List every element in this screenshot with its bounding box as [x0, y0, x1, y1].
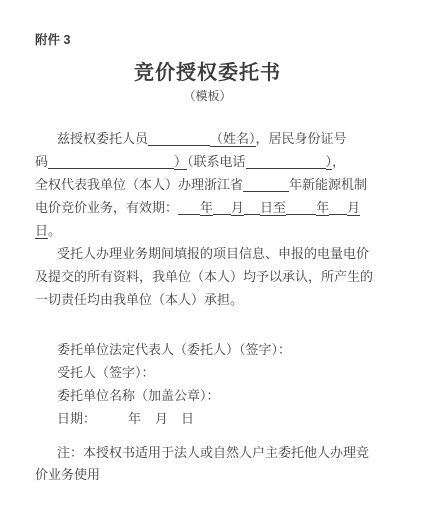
document-subtitle: （模板）	[35, 87, 380, 104]
text-segment: 注：本授权书适用于法人或自然人户主委托他人办理竞	[57, 445, 369, 460]
attachment-label: 附件 3	[35, 30, 70, 48]
text-segment: 年	[128, 411, 141, 426]
spacer	[168, 411, 181, 426]
text-segment: 委托单位法定代表人（委托人）（签字）：	[57, 342, 291, 357]
text-segment: 年	[200, 200, 213, 216]
text-segment: 受托人（签字）：	[57, 365, 155, 380]
text-line: 及提交的所有资料，我单位（本人）均予以承认，所产生的	[35, 265, 405, 288]
text-line: 受托人（签字）：	[57, 361, 397, 384]
text-segment: ）	[174, 154, 187, 170]
text-line: 电价竞价业务，有效期：年月日至年月	[35, 196, 405, 219]
text-segment: 受托人办理业务期间填报的项目信息、申报的电量电价	[57, 246, 369, 261]
text-segment: 年	[316, 200, 329, 216]
text-segment: 电价竞价业务，有效期：	[35, 200, 178, 215]
blank-fill-line	[178, 199, 200, 215]
text-segment: 一切责任均由我单位（本人）承担。	[35, 292, 243, 307]
text-segment: ，	[332, 154, 345, 169]
text-line: 价业务使用	[35, 464, 405, 486]
text-segment: 日	[181, 411, 194, 426]
text-segment: 及提交的所有资料，我单位（本人）均予以承认，所产生的	[35, 269, 373, 284]
text-segment: ，居民身份证号	[256, 131, 347, 146]
text-segment: 日至	[260, 200, 286, 216]
text-line: 全权代表我单位（本人）办理浙江省年新能源机制	[35, 173, 405, 196]
blank-fill-line	[148, 130, 210, 146]
text-segment: 委托单位名称（加盖公章）：	[57, 388, 220, 403]
text-segment: 年新能源机制	[289, 177, 367, 192]
text-segment: （姓名）	[210, 131, 256, 147]
authorization-document-page: 附件 3 竞价授权委托书 （模板） 兹授权委托人员（姓名），居民身份证号码）（联…	[0, 0, 439, 525]
text-line: 兹授权委托人员（姓名），居民身份证号	[35, 127, 405, 150]
text-segment: 月	[347, 200, 360, 216]
text-line: 委托单位名称（加盖公章）：	[57, 384, 397, 407]
text-segment: 。	[48, 223, 61, 238]
text-segment: 月	[231, 200, 244, 216]
blank-fill-line	[286, 199, 316, 215]
blank-fill-line	[246, 153, 326, 169]
text-line: 码）（联系电话），	[35, 150, 405, 173]
text-line: 日。	[35, 219, 405, 242]
blank-fill-line	[48, 153, 174, 169]
blank-fill-line	[243, 176, 289, 192]
spacer	[141, 411, 155, 426]
text-line: 注：本授权书适用于法人或自然人户主委托他人办理竞	[35, 442, 405, 464]
note-block: 注：本授权书适用于法人或自然人户主委托他人办理竞价业务使用	[35, 442, 405, 486]
text-line: 受托人办理业务期间填报的项目信息、申报的电量电价	[35, 242, 405, 265]
signature-block: 委托单位法定代表人（委托人）（签字）：受托人（签字）：委托单位名称（加盖公章）：…	[57, 338, 397, 430]
text-line: 日期：年月日	[57, 407, 397, 430]
blank-fill-line	[213, 199, 231, 215]
text-segment: （联系电话	[187, 154, 246, 169]
body-paragraphs: 兹授权委托人员（姓名），居民身份证号码）（联系电话），全权代表我单位（本人）办理…	[35, 127, 405, 311]
document-title: 竞价授权委托书	[35, 56, 380, 85]
text-segment: 兹授权委托人员	[57, 131, 148, 146]
text-segment: 月	[155, 411, 168, 426]
text-line: 一切责任均由我单位（本人）承担。	[35, 288, 405, 311]
text-segment: 日	[35, 223, 48, 239]
text-line: 委托单位法定代表人（委托人）（签字）：	[57, 338, 397, 361]
text-segment: 全权代表我单位（本人）办理浙江省	[35, 177, 243, 192]
blank-fill-line	[329, 199, 347, 215]
blank-fill-line	[244, 199, 260, 215]
text-segment: 日期：	[57, 411, 96, 426]
spacer	[96, 411, 128, 426]
text-segment: 码	[35, 154, 48, 169]
text-segment: 价业务使用	[35, 467, 100, 482]
